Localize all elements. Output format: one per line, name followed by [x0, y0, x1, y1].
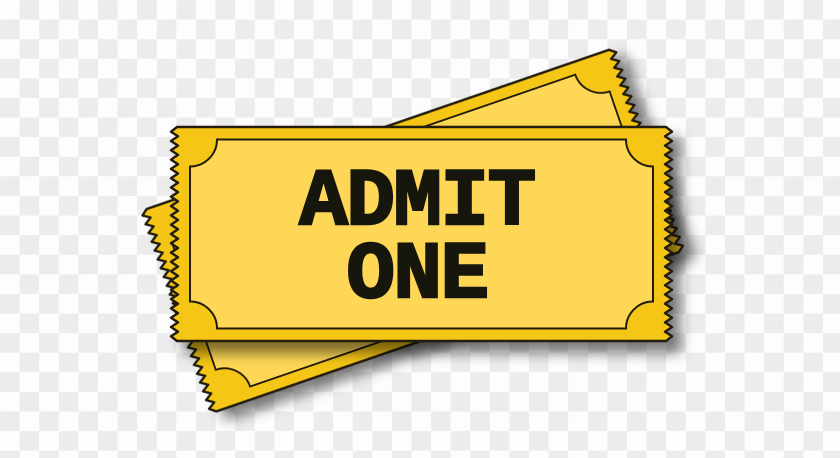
admit-one-tickets-clipart: ADMIT ONE [0, 0, 840, 458]
ticket-text-line2: ONE [346, 231, 487, 322]
admit-one-ticket-front: ADMIT ONE [171, 127, 672, 341]
transparent-canvas-background: ADMIT ONE [0, 0, 840, 458]
